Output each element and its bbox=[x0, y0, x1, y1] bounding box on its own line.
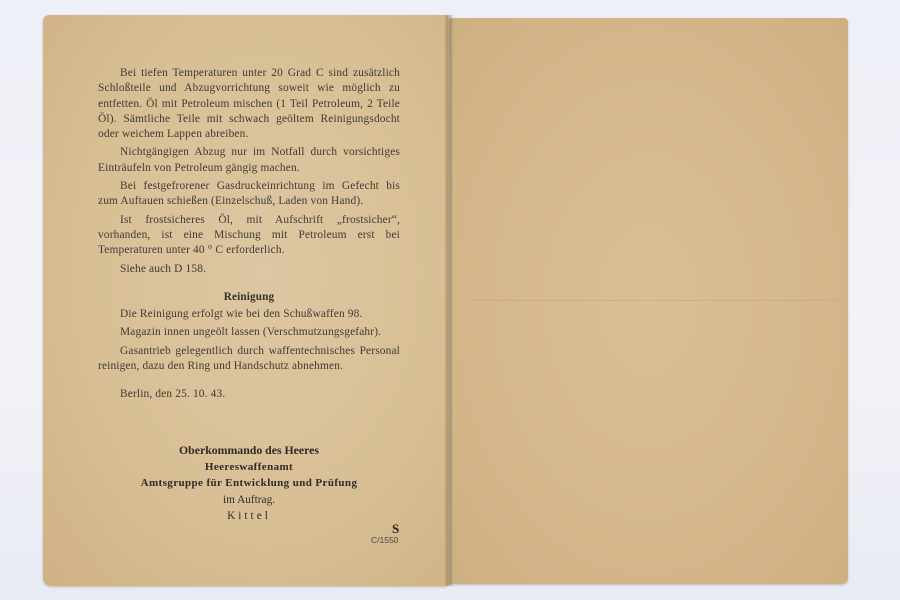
signature-office: Heereswaffenamt bbox=[98, 459, 400, 476]
book-spine-fold bbox=[445, 15, 453, 586]
left-page-text: Bei tiefen Temperaturen unter 20 Grad C … bbox=[98, 66, 400, 406]
paragraph-cleaning: Die Reinigung erfolgt wie bei den Schußw… bbox=[98, 307, 400, 322]
right-page-blank bbox=[449, 18, 848, 584]
signature-name: Kittel bbox=[98, 508, 400, 525]
section-heading-reinigung: Reinigung bbox=[98, 290, 400, 305]
dateline: Berlin, den 25. 10. 43. bbox=[98, 387, 400, 402]
signature-on-behalf: im Auftrag. bbox=[98, 492, 400, 509]
print-code: C/1550 bbox=[371, 535, 398, 545]
paragraph-trigger: Nichtgängigen Abzug nur im Notfall durch… bbox=[98, 145, 400, 176]
paragraph-gas-drive: Gasantrieb gelegentlich durch waffentech… bbox=[98, 344, 400, 375]
paragraph-frost-oil: Ist frostsicheres Öl, mit Aufschrift „fr… bbox=[98, 213, 400, 259]
paragraph-reference: Siehe auch D 158. bbox=[98, 262, 400, 277]
paragraph-magazine: Magazin innen ungeölt lassen (Verschmutz… bbox=[98, 325, 400, 340]
paragraph-gas-system: Bei festgefrorener Gasdruckeinrichtung i… bbox=[98, 179, 400, 210]
paper-crease bbox=[470, 300, 840, 301]
signature-authority: Oberkommando des Heeres bbox=[98, 442, 400, 459]
signature-block: Oberkommando des Heeres Heereswaffenamt … bbox=[98, 442, 400, 525]
signature-group: Amtsgruppe für Entwicklung und Prüfung bbox=[98, 475, 400, 492]
paragraph-low-temperature: Bei tiefen Temperaturen unter 20 Grad C … bbox=[98, 66, 400, 142]
